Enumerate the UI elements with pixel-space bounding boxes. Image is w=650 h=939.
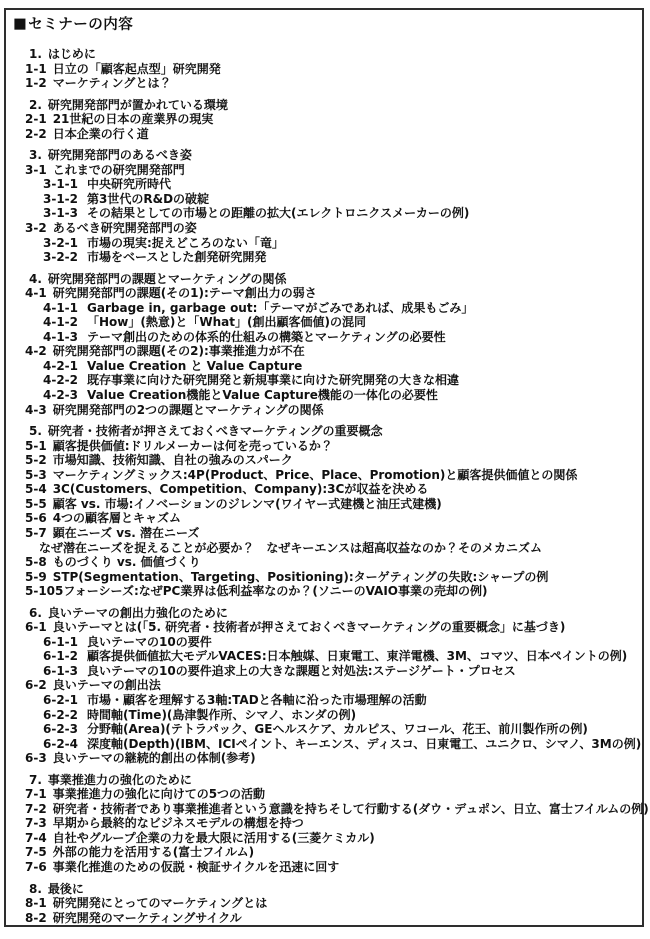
outline-item-number: 5. bbox=[29, 424, 42, 438]
outline-item-text: 研究開発部門の課題(その2):事業推進力が不在 bbox=[53, 344, 305, 358]
outline-item-number: 8-1 bbox=[25, 896, 47, 910]
outline-item-text: 研究者・技術者が押さえておくべきマーケティングの重要概念 bbox=[48, 424, 383, 438]
outline-item-number: 8. bbox=[29, 882, 42, 896]
outline-item-number: 6-2-4 bbox=[43, 737, 78, 751]
outline-item: 5-3マーケティングミックス:4P(Product、Price、Place、Pr… bbox=[6, 468, 642, 483]
outline-item-number: 4-1-1 bbox=[43, 301, 78, 315]
outline-item-text: 研究開発部門の課題(その1):テーマ創出力の弱さ bbox=[53, 286, 317, 300]
outline-item-text: 早期から最終的なビジネスモデルの構想を持つ bbox=[53, 816, 304, 830]
outline-item-text: 5フォーシーズ:なぜPC業界は低利益率なのか？(ソニーのVAIO事業の売却の例) bbox=[55, 584, 487, 598]
outline-item-number: 3-1 bbox=[25, 163, 47, 177]
outline-item-text: なぜ潜在ニーズを捉えることが必要か？ なぜキーエンスは超高収益なのか？そのメカニ… bbox=[39, 541, 542, 555]
outline-item: 6.良いテーマの創出力強化のために bbox=[6, 606, 642, 621]
outline-item: 3-2-1市場の現実:捉えどころのない「竜」 bbox=[6, 236, 642, 251]
outline-item-number: 4-2-3 bbox=[43, 388, 78, 402]
outline-item-text: マーケティングミックス:4P(Product、Price、Place、Promo… bbox=[53, 468, 578, 482]
outline-item-number: 7. bbox=[29, 773, 42, 787]
outline-item: 6-2-4深度軸(Depth)(IBM、ICIペイント、キーエンス、ディスコ、日… bbox=[6, 737, 642, 752]
outline-item-text: 市場をベースとした創発研究開発 bbox=[87, 250, 266, 264]
outline-item: 5-43C(Customers、Competition、Company):3Cが… bbox=[6, 482, 642, 497]
outline-item-text: 日本企業の行く道 bbox=[53, 127, 149, 141]
outline-item: 7.事業推進力の強化のために bbox=[6, 773, 642, 788]
outline-item: 4-1-2「How」(熱意)と「What」(創出顧客価値)の混同 bbox=[6, 315, 642, 330]
outline-item-number: 7-1 bbox=[25, 787, 47, 801]
outline-item-number: 5-8 bbox=[25, 555, 47, 569]
outline-item: 4-2-1Value Creation と Value Capture bbox=[6, 359, 642, 374]
outline-item-text: Value Creation と Value Capture bbox=[87, 359, 302, 373]
outline-item-text: ものづくり vs. 価値づくり bbox=[53, 555, 201, 569]
outline-item: 4-2研究開発部門の課題(その2):事業推進力が不在 bbox=[6, 344, 642, 359]
outline-item: 6-1-1良いテーマの10の要件 bbox=[6, 635, 642, 650]
outline-item-text: 市場知識、技術知識、自社の強みのスパーク bbox=[53, 453, 293, 467]
outline-item-text: 顧客提供価値:ドリルメーカーは何を売っているか？ bbox=[53, 439, 333, 453]
outline-item: 6-1良いテーマとは(「5. 研究者・技術者が押さえておくべきマーケティングの重… bbox=[6, 620, 642, 635]
outline-item: 3.研究開発部門のあるべき姿 bbox=[6, 148, 642, 163]
outline-item-text: 研究開発部門の2つの課題とマーケティングの関係 bbox=[53, 403, 324, 417]
outline-item-number: 6-1-1 bbox=[43, 635, 78, 649]
outline-item: 3-1-2第3世代のR&Dの破綻 bbox=[6, 192, 642, 207]
outline-item: 4-1研究開発部門の課題(その1):テーマ創出力の弱さ bbox=[6, 286, 642, 301]
outline-list: 1.はじめに1-1日立の「顧客起点型」研究開発1-2マーケティングとは？2.研究… bbox=[6, 34, 642, 925]
outline-item: 8.最後に bbox=[6, 882, 642, 897]
outline-item: 7-3早期から最終的なビジネスモデルの構想を持つ bbox=[6, 816, 642, 831]
outline-item: 5-7顕在ニーズ vs. 潜在ニーズ bbox=[6, 526, 642, 541]
outline-item-number: 6-3 bbox=[25, 751, 47, 765]
outline-item: 2-121世紀の日本の産業界の現実 bbox=[6, 112, 642, 127]
outline-item: 7-1事業推進力の強化に向けての5つの活動 bbox=[6, 787, 642, 802]
outline-item: 3-1これまでの研究開発部門 bbox=[6, 163, 642, 178]
outline-item-text: 研究者・技術者であり事業推進者という意識を持ちそして行動する(ダウ・デュポン、日… bbox=[53, 802, 649, 816]
outline-item-number: 6-1-3 bbox=[43, 664, 78, 678]
outline-item-number: 5-6 bbox=[25, 511, 47, 525]
outline-item-text: STP(Segmentation、Targeting、Positioning):… bbox=[53, 570, 549, 584]
outline-item: 3-2あるべき研究開発部門の姿 bbox=[6, 221, 642, 236]
outline-item: 3-1-3その結果としての市場との距離の拡大(エレクトロニクスメーカーの例) bbox=[6, 206, 642, 221]
outline-item-text: 良いテーマの創出力強化のために bbox=[48, 606, 228, 620]
outline-item-number: 6-2-2 bbox=[43, 708, 78, 722]
outline-item-number: 1-2 bbox=[25, 76, 47, 90]
outline-item-number: 4. bbox=[29, 272, 42, 286]
outline-item-text: はじめに bbox=[48, 47, 96, 61]
outline-item: 5-1顧客提供価値:ドリルメーカーは何を売っているか？ bbox=[6, 439, 642, 454]
outline-item: 5-64つの顧客層とキャズム bbox=[6, 511, 642, 526]
outline-item-number: 6-1 bbox=[25, 620, 47, 634]
outline-item-number: 5-1 bbox=[25, 439, 47, 453]
outline-item: 7-2研究者・技術者であり事業推進者という意識を持ちそして行動する(ダウ・デュポ… bbox=[6, 802, 642, 817]
outline-item-number: 1. bbox=[29, 47, 42, 61]
outline-item-text: 顧客提供価値拡大モデルVACES:日本触媒、日東電工、東洋電機、3M、コマツ、日… bbox=[87, 649, 627, 663]
outline-item-number: 2. bbox=[29, 98, 42, 112]
outline-item-text: 良いテーマの10の要件 bbox=[87, 635, 212, 649]
outline-item-number: 6-2-3 bbox=[43, 722, 78, 736]
outline-item-text: これまでの研究開発部門 bbox=[53, 163, 185, 177]
outline-item-text: 研究開発部門のあるべき姿 bbox=[48, 148, 192, 162]
seminar-outline-page: ■ セミナーの内容 1.はじめに1-1日立の「顧客起点型」研究開発1-2マーケテ… bbox=[0, 0, 650, 939]
outline-item-number: 2-1 bbox=[25, 112, 47, 126]
outline-item-number: 8-2 bbox=[25, 911, 47, 925]
outline-item: 1-1日立の「顧客起点型」研究開発 bbox=[6, 62, 642, 77]
outline-item-text: 市場・顧客を理解する3軸:TADと各軸に沿った市場理解の活動 bbox=[87, 693, 427, 707]
outline-item: 7-5外部の能力を活用する(富士フイルム) bbox=[6, 845, 642, 860]
outline-item-text: マーケティングとは？ bbox=[53, 76, 172, 90]
outline-item-number: 7-6 bbox=[25, 860, 47, 874]
outline-item-text: 4つの顧客層とキャズム bbox=[53, 511, 181, 525]
outline-item-number: 5-2 bbox=[25, 453, 47, 467]
outline-item-text: 良いテーマの10の要件追求上の大きな課題と対処法:ステージゲート・プロセス bbox=[87, 664, 516, 678]
outline-item-number: 5-10 bbox=[25, 584, 55, 598]
outline-item: 8-2研究開発のマーケティングサイクル bbox=[6, 911, 642, 926]
outline-item-number: 7-2 bbox=[25, 802, 47, 816]
outline-item-number: 6-2-1 bbox=[43, 693, 78, 707]
outline-item: 4-1-3テーマ創出のための体系的仕組みの構築とマーケティングの必要性 bbox=[6, 330, 642, 345]
outline-item-number: 3. bbox=[29, 148, 42, 162]
outline-item: 1-2マーケティングとは？ bbox=[6, 76, 642, 91]
outline-item: 4-3研究開発部門の2つの課題とマーケティングの関係 bbox=[6, 403, 642, 418]
outline-item: 5.研究者・技術者が押さえておくべきマーケティングの重要概念 bbox=[6, 424, 642, 439]
outline-item-text: 良いテーマとは(「5. 研究者・技術者が押さえておくべきマーケティングの重要概念… bbox=[53, 620, 566, 634]
outline-item-number: 5-5 bbox=[25, 497, 47, 511]
page-border-frame: ■ セミナーの内容 1.はじめに1-1日立の「顧客起点型」研究開発1-2マーケテ… bbox=[4, 8, 644, 927]
outline-item: 7-4自社やグループ企業の力を最大限に活用する(三菱ケミカル) bbox=[6, 831, 642, 846]
outline-item-number: 3-1-3 bbox=[43, 206, 78, 220]
black-square-icon: ■ bbox=[13, 16, 27, 32]
outline-item: 6-1-3良いテーマの10の要件追求上の大きな課題と対処法:ステージゲート・プロ… bbox=[6, 664, 642, 679]
outline-item-text: Garbage in, garbage out:「テーマがごみであれば、成果もご… bbox=[87, 301, 473, 315]
outline-item: 1.はじめに bbox=[6, 47, 642, 62]
outline-item-number: 6. bbox=[29, 606, 42, 620]
outline-item: 5-9STP(Segmentation、Targeting、Positionin… bbox=[6, 570, 642, 585]
outline-item-number: 4-1 bbox=[25, 286, 47, 300]
outline-item: 5-5顧客 vs. 市場:イノベーションのジレンマ(ワイヤー式建機と油圧式建機) bbox=[6, 497, 642, 512]
outline-item-text: 「How」(熱意)と「What」(創出顧客価値)の混同 bbox=[87, 315, 366, 329]
outline-item-number: 4-2-2 bbox=[43, 373, 78, 387]
outline-item-number: 3-2-1 bbox=[43, 236, 78, 250]
outline-item: 6-2-2時間軸(Time)(島津製作所、シマノ、ホンダの例) bbox=[6, 708, 642, 723]
outline-item-text: あるべき研究開発部門の姿 bbox=[53, 221, 197, 235]
outline-item: 6-1-2顧客提供価値拡大モデルVACES:日本触媒、日東電工、東洋電機、3M、… bbox=[6, 649, 642, 664]
outline-item-number: 5-3 bbox=[25, 468, 47, 482]
outline-item-text: 分野軸(Area)(テトラパック、GEヘルスケア、カルピス、ワコール、花王、前川… bbox=[87, 722, 588, 736]
outline-item-number: 4-2 bbox=[25, 344, 47, 358]
outline-item-text: 事業化推進のための仮説・検証サイクルを迅速に回す bbox=[53, 860, 340, 874]
outline-item-number: 4-3 bbox=[25, 403, 47, 417]
outline-item: 6-2良いテーマの創出法 bbox=[6, 678, 642, 693]
outline-item-text: 第3世代のR&Dの破綻 bbox=[87, 192, 209, 206]
outline-item-number: 3-1-2 bbox=[43, 192, 78, 206]
outline-item-text: 研究開発のマーケティングサイクル bbox=[53, 911, 242, 925]
outline-item: 5-8ものづくり vs. 価値づくり bbox=[6, 555, 642, 570]
outline-item: 2-2日本企業の行く道 bbox=[6, 127, 642, 142]
outline-item: 4-2-3Value Creation機能とValue Capture機能の一体… bbox=[6, 388, 642, 403]
outline-item-text: 研究開発部門の課題とマーケティングの関係 bbox=[48, 272, 287, 286]
outline-item-text: Value Creation機能とValue Capture機能の一体化の必要性 bbox=[87, 388, 438, 402]
outline-item-text: 深度軸(Depth)(IBM、ICIペイント、キーエンス、ディスコ、日東電工、ユ… bbox=[87, 737, 641, 751]
outline-item-text: 事業推進力の強化に向けての5つの活動 bbox=[53, 787, 265, 801]
outline-item: 6-3良いテーマの継続的創出の体制(参考) bbox=[6, 751, 642, 766]
outline-item-text: テーマ創出のための体系的仕組みの構築とマーケティングの必要性 bbox=[87, 330, 446, 344]
outline-item-number: 6-2 bbox=[25, 678, 47, 692]
outline-item-text: 良いテーマの創出法 bbox=[53, 678, 161, 692]
outline-item-number: 5-9 bbox=[25, 570, 47, 584]
outline-item-text: 市場の現実:捉えどころのない「竜」 bbox=[87, 236, 284, 250]
outline-item-number: 3-2-2 bbox=[43, 250, 78, 264]
outline-item: 5-105フォーシーズ:なぜPC業界は低利益率なのか？(ソニーのVAIO事業の売… bbox=[6, 584, 642, 599]
outline-item: 4.研究開発部門の課題とマーケティングの関係 bbox=[6, 272, 642, 287]
outline-item-number: 3-1-1 bbox=[43, 177, 78, 191]
outline-item: 2.研究開発部門が置かれている環境 bbox=[6, 98, 642, 113]
outline-item-number: 4-2-1 bbox=[43, 359, 78, 373]
outline-item-number: 6-1-2 bbox=[43, 649, 78, 663]
outline-item-number: 5-7 bbox=[25, 526, 47, 540]
outline-item-text: 3C(Customers、Competition、Company):3Cが収益を… bbox=[53, 482, 429, 496]
outline-item: 7-6事業化推進のための仮説・検証サイクルを迅速に回す bbox=[6, 860, 642, 875]
page-title-row: ■ セミナーの内容 bbox=[6, 10, 642, 34]
outline-item-text: 既存事業に向けた研究開発と新規事業に向けた研究開発の大きな相違 bbox=[87, 373, 459, 387]
outline-item: 3-2-2市場をベースとした創発研究開発 bbox=[6, 250, 642, 265]
outline-item-number: 5-4 bbox=[25, 482, 47, 496]
outline-item-number: 4-1-3 bbox=[43, 330, 78, 344]
outline-item: 4-1-1Garbage in, garbage out:「テーマがごみであれば… bbox=[6, 301, 642, 316]
outline-item-number: 3-2 bbox=[25, 221, 47, 235]
outline-item-number: 7-4 bbox=[25, 831, 47, 845]
outline-item-number: 2-2 bbox=[25, 127, 47, 141]
outline-item-text: その結果としての市場との距離の拡大(エレクトロニクスメーカーの例) bbox=[87, 206, 469, 220]
page-title: セミナーの内容 bbox=[28, 13, 133, 34]
outline-item-number: 7-3 bbox=[25, 816, 47, 830]
outline-item: なぜ潜在ニーズを捉えることが必要か？ なぜキーエンスは超高収益なのか？そのメカニ… bbox=[6, 541, 642, 556]
outline-item-text: 研究開発にとってのマーケティングとは bbox=[53, 896, 268, 910]
outline-item-text: 事業推進力の強化のために bbox=[48, 773, 192, 787]
outline-item-number: 1-1 bbox=[25, 62, 47, 76]
outline-item-number: 4-1-2 bbox=[43, 315, 78, 329]
outline-item: 4-2-2既存事業に向けた研究開発と新規事業に向けた研究開発の大きな相違 bbox=[6, 373, 642, 388]
outline-item-text: 時間軸(Time)(島津製作所、シマノ、ホンダの例) bbox=[87, 708, 356, 722]
outline-item: 5-2市場知識、技術知識、自社の強みのスパーク bbox=[6, 453, 642, 468]
outline-item: 8-1研究開発にとってのマーケティングとは bbox=[6, 896, 642, 911]
outline-item-text: 研究開発部門が置かれている環境 bbox=[48, 98, 228, 112]
outline-item-text: 外部の能力を活用する(富士フイルム) bbox=[53, 845, 254, 859]
outline-item: 6-2-3分野軸(Area)(テトラパック、GEヘルスケア、カルピス、ワコール、… bbox=[6, 722, 642, 737]
outline-item: 6-2-1市場・顧客を理解する3軸:TADと各軸に沿った市場理解の活動 bbox=[6, 693, 642, 708]
outline-item-text: 自社やグループ企業の力を最大限に活用する(三菱ケミカル) bbox=[53, 831, 375, 845]
outline-item-text: 中央研究所時代 bbox=[87, 177, 171, 191]
outline-item: 3-1-1中央研究所時代 bbox=[6, 177, 642, 192]
outline-item-text: 良いテーマの継続的創出の体制(参考) bbox=[53, 751, 256, 765]
outline-item-text: 21世紀の日本の産業界の現実 bbox=[53, 112, 214, 126]
outline-item-text: 日立の「顧客起点型」研究開発 bbox=[53, 62, 221, 76]
outline-item-text: 顧客 vs. 市場:イノベーションのジレンマ(ワイヤー式建機と油圧式建機) bbox=[53, 497, 442, 511]
outline-item-number: 7-5 bbox=[25, 845, 47, 859]
outline-item-text: 顕在ニーズ vs. 潜在ニーズ bbox=[53, 526, 200, 540]
outline-item-text: 最後に bbox=[48, 882, 84, 896]
